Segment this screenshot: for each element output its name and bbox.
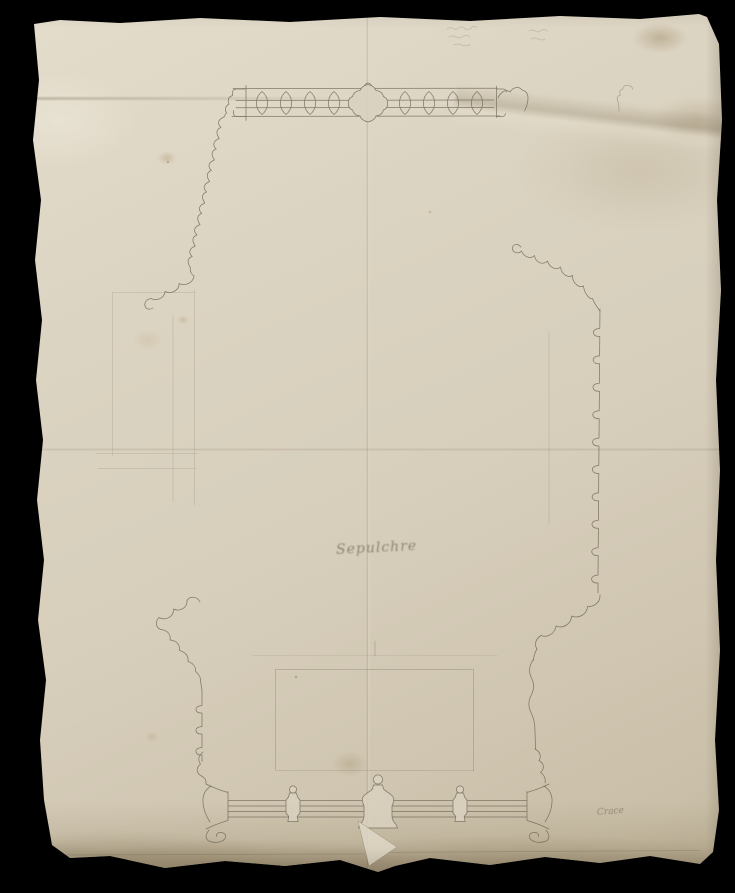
right-outline [513, 244, 601, 783]
inner-rectangle [252, 641, 497, 771]
pencil-notes-top-right [447, 26, 547, 46]
top-balustrade [224, 83, 633, 122]
construction-lines [96, 290, 549, 524]
left-outline [145, 117, 224, 784]
urn-balusters [286, 775, 467, 828]
photograph: Sepulchre Crace [0, 0, 735, 893]
paper-sheet: Sepulchre Crace [0, 0, 735, 893]
pencil-drawing [0, 0, 735, 893]
